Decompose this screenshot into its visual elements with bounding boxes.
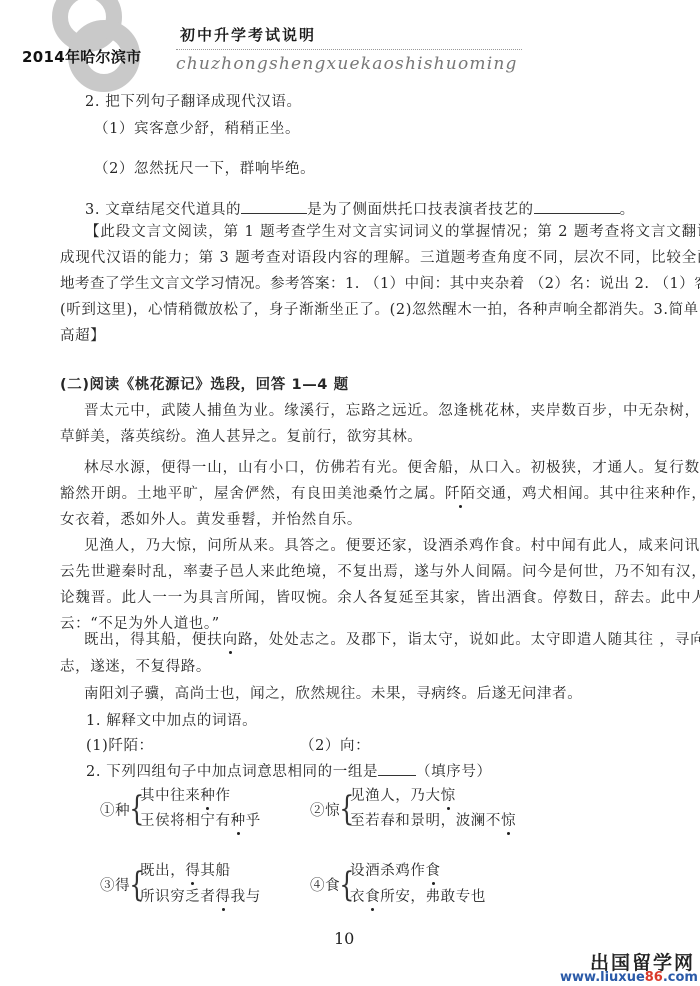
group-1-label: ①种 (100, 801, 130, 821)
text: 乎 (246, 813, 261, 829)
analysis-line-3: 地考查了学生文言文学习情况。参考答案：1. （1）中间：其中夹杂着 （2）名：说… (60, 274, 700, 294)
p2-q1-item-2: （2）向： (300, 736, 370, 756)
dotted-word: 食 (365, 889, 380, 905)
group-3-sentence-a: 既出，得其船 (140, 861, 231, 881)
url-part: www.liuxue (560, 970, 645, 985)
analysis-line-2: 成现代汉语的能力；第 3 题考查对语段内容的理解。三道题考查角度不同，层次不同，… (60, 248, 700, 268)
q3-blank-1[interactable] (241, 199, 307, 214)
q2-item-1: （1）宾客意少舒，稍稍正坐。 (94, 119, 300, 139)
group-2-sentence-a: 见渔人，乃大惊 (350, 786, 456, 806)
group-4-sentence-b: 衣食所安，弗敢专也 (350, 887, 486, 907)
group-1-sentence-b: 王侯将相宁有种乎 (140, 811, 261, 831)
passage-line-11: 志，遂迷，不复得路。 (60, 657, 211, 677)
passage-line-10: 既出，得其船，便扶向路，处处志之。及郡下，诣太守，说如此。太守即遣人随其往 ，寻… (84, 630, 700, 650)
dotted-word: 种 (231, 813, 246, 829)
p2-q1-prompt: 1. 解释文中加点的词语。 (86, 711, 257, 731)
dotted-word: 得 (185, 863, 200, 879)
group-1-sentence-a: 其中往来种作 (140, 786, 231, 806)
dotted-word: 种 (200, 788, 215, 804)
group-2-label: ②惊 (310, 801, 340, 821)
p2-q2-prompt-line: 2. 下列四组句子中加点词意思相同的一组是（填序号） (86, 761, 492, 782)
dotted-word: 惊 (501, 813, 516, 829)
header-year-city: 2014年哈尔滨市 (22, 46, 141, 67)
page-number: 10 (334, 929, 354, 948)
passage-line-2: 草鲜美，落英缤纷。渔人甚异之。复前行，欲穷其林。 (60, 427, 422, 447)
q2-prompt: 2. 把下列句子翻译成现代汉语。 (85, 92, 302, 112)
passage-line-10-b: 路，处处志之。及郡下，诣太守，说如此。太守即遣人随其往 ，寻向所 (238, 632, 700, 648)
passage-line-12: 南阳刘子骥，高尚士也，闻之，欣然规往。未果，寻病终。后遂无问津者。 (84, 684, 582, 704)
text: 见渔人，乃大 (350, 788, 441, 804)
dotted-word: 得 (216, 889, 231, 905)
q3-text-before: 3. 文章结尾交代道具的 (85, 202, 241, 218)
analysis-line-1: 【此段文言文阅读，第 1 题考查学生对文言实词词义的掌握情况；第 2 题考查将文… (85, 222, 700, 242)
q2-item-2: （2）忽然抚尺一下，群响毕绝。 (94, 159, 315, 179)
text: 所安，弗敢专也 (380, 889, 486, 905)
dotted-word-qianmo: 阡陌 (445, 486, 476, 502)
text: 设酒杀鸡作 (350, 863, 426, 879)
group-3-sentence-b: 所识穷乏者得我与 (140, 887, 261, 907)
text: 王侯将相宁有 (140, 813, 231, 829)
passage-line-4-a: 豁然开朗。土地平旷，屋舍俨然，有良田美池桑竹之属。 (60, 486, 445, 502)
passage-line-4-b: 交通，鸡犬相闻。其中往来种作，男 (476, 486, 700, 502)
passage-line-1: 晋太元中，武陵人捕鱼为业。缘溪行，忘路之远近。忽逢桃花林，夹岸数百步，中无杂树，… (84, 401, 700, 421)
q3-blank-2[interactable] (534, 199, 620, 214)
passage-line-6: 见渔人，乃大惊，问所从来。具答之。便要还家，设酒杀鸡作食。村中闻有此人，咸来问讯… (84, 536, 700, 556)
header-divider (176, 49, 522, 50)
dotted-word: 食 (426, 863, 441, 879)
q3-text-after: 。 (620, 202, 635, 218)
passage-line-8: 论魏晋。此人一一为具言所闻，皆叹惋。余人各复延至其家，皆出酒食。停数日，辞去。此… (60, 588, 700, 608)
watermark-url[interactable]: www.liuxue86.com (560, 970, 698, 985)
p2-q2-answer-blank[interactable] (378, 761, 416, 776)
passage-line-7: 云先世避秦时乱，率妻子邑人来此绝境，不复出焉，遂与外人间隔。问今是何世，乃不知有… (60, 562, 700, 582)
passage-line-4: 豁然开朗。土地平旷，屋舍俨然，有良田美池桑竹之属。阡陌交通，鸡犬相闻。其中往来种… (60, 484, 700, 504)
text: 其船 (200, 863, 230, 879)
passage-line-5: 女衣着，悉如外人。黄发垂髫，并怡然自乐。 (60, 510, 362, 530)
group-2-sentence-b: 至若春和景明，波澜不惊 (350, 811, 516, 831)
p2-q2-prompt: 2. 下列四组句子中加点词意思相同的一组是 (86, 764, 378, 780)
header-pinyin: chuzhongshengxuekaoshishuoming (176, 54, 518, 74)
p2-q2-prompt-suffix: （填序号） (416, 764, 492, 780)
section-title: (二)阅读《桃花源记》选段，回答 1—4 题 (60, 375, 349, 395)
passage-line-10-a: 既出，得其船，便扶 (84, 632, 223, 648)
p2-q1-item-1: (1)阡陌： (86, 736, 154, 756)
analysis-line-4: (听到这里)，心情稍微放松了，身子渐渐坐正了。(2)忽然醒木一拍，各种声响全都消… (60, 300, 699, 320)
text: 所识穷乏者 (140, 889, 216, 905)
text: 衣 (350, 889, 365, 905)
dotted-word: 惊 (441, 788, 456, 804)
passage-line-3: 林尽水源，便得一山，山有小口，仿佛若有光。便舍船，从口入。初极狭，才通人。复行数… (84, 458, 700, 478)
q3-text-middle: 是为了侧面烘托口技表演者技艺的 (307, 202, 534, 218)
url-highlight: 86 (645, 970, 663, 985)
header-title: 初中升学考试说明 (180, 24, 316, 45)
group-4-label: ④食 (310, 876, 340, 896)
analysis-line-5: 高超】 (60, 326, 105, 346)
text: 其中往来 (140, 788, 200, 804)
text: 我与 (231, 889, 261, 905)
text: 至若春和景明，波澜不 (350, 813, 501, 829)
q3-line: 3. 文章结尾交代道具的是为了侧面烘托口技表演者技艺的。 (85, 199, 635, 220)
text: 作 (216, 788, 231, 804)
dotted-word-xiang: 向 (223, 632, 238, 648)
text: 既出， (140, 863, 185, 879)
url-part: .com (663, 970, 698, 985)
group-3-label: ③得 (100, 876, 130, 896)
group-4-sentence-a: 设酒杀鸡作食 (350, 861, 441, 881)
